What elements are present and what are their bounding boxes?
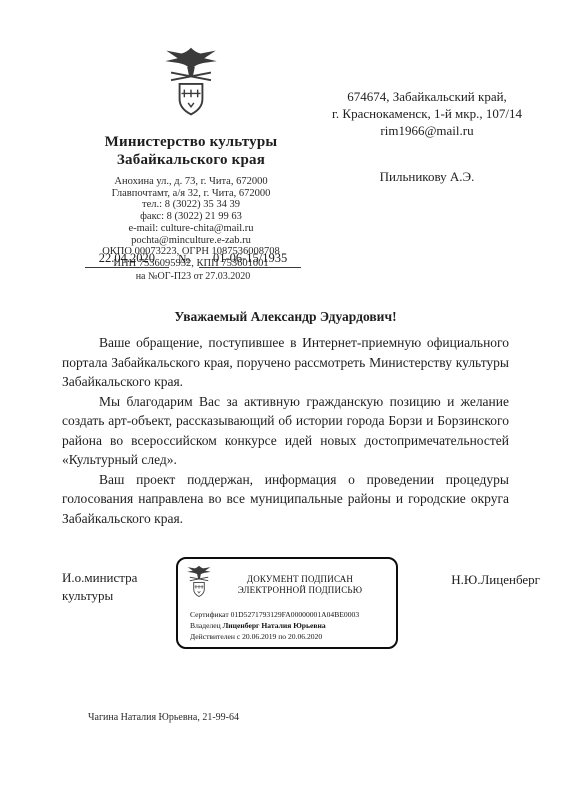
- org-email-line: e-mail: culture-chita@mail.ru: [53, 223, 329, 235]
- stamp-owner-value: Лиценберг Наталия Юрьевна: [223, 621, 326, 630]
- org-address-line: Главпочтамт, а/я 32, г. Чита, 672000: [53, 188, 329, 200]
- body-paragraph: Ваше обращение, поступившее в Интернет-п…: [62, 333, 509, 392]
- number-sign: №: [169, 252, 199, 268]
- recipient-address-line: 674674, Забайкальский край,: [308, 88, 546, 105]
- recipient-block: 674674, Забайкальский край, г. Краснокам…: [308, 88, 546, 185]
- in-reply-to: на №ОГ-П23 от 27.03.2020: [53, 271, 333, 282]
- stamp-title-line2: ЭЛЕКТРОННОЙ ПОДПИСЬЮ: [212, 585, 388, 596]
- letterhead: Министерство культуры Забайкальского кра…: [53, 44, 329, 270]
- stamp-certificate-value: 01D5271793129FA00000001A04BE0003: [231, 610, 360, 619]
- reference-block: 22.04.2020 № 01-06-15/1935 на №ОГ-П23 от…: [53, 251, 333, 282]
- coat-of-arms-icon: [163, 44, 219, 127]
- scanned-letter-page: Министерство культуры Забайкальского кра…: [0, 0, 563, 797]
- org-name-line2: Забайкальского края: [53, 151, 329, 169]
- salutation: Уважаемый Александр Эдуардович!: [62, 309, 509, 325]
- letter-date: 22.04.2020: [85, 251, 169, 268]
- recipient-name: Пильникову А.Э.: [308, 168, 546, 185]
- recipient-address-line: г. Краснокаменск, 1-й мкр., 107/14: [308, 105, 546, 122]
- stamp-certificate-line: Сертификат 01D5271793129FA00000001A04BE0…: [190, 609, 386, 620]
- executor-contact: Чагина Наталия Юрьевна, 21-99-64: [88, 712, 239, 723]
- electronic-signature-stamp: ДОКУМЕНТ ПОДПИСАН ЭЛЕКТРОННОЙ ПОДПИСЬЮ С…: [176, 557, 398, 649]
- body-paragraph: Ваш проект поддержан, информация о прове…: [62, 470, 509, 529]
- recipient-email: rim1966@mail.ru: [308, 122, 546, 139]
- stamp-certificate-label: Сертификат: [190, 610, 229, 619]
- signer-position: И.о.министра культуры: [62, 569, 182, 605]
- letter-number: 01-06-15/1935: [199, 251, 301, 268]
- stamp-header: ДОКУМЕНТ ПОДПИСАН ЭЛЕКТРОННОЙ ПОДПИСЬЮ: [178, 559, 396, 606]
- stamp-validity-line: Действителен с 20.06.2019 по 20.06.2020: [190, 631, 386, 642]
- org-address-line: Анохина ул., д. 73, г. Чита, 672000: [53, 176, 329, 188]
- reference-line: 22.04.2020 № 01-06-15/1935: [53, 251, 333, 268]
- stamp-owner-line: Владелец Лиценберг Наталия Юрьевна: [190, 620, 386, 631]
- stamp-title: ДОКУМЕНТ ПОДПИСАН ЭЛЕКТРОННОЙ ПОДПИСЬЮ: [212, 574, 388, 596]
- org-name-line1: Министерство культуры: [53, 133, 329, 151]
- signer-position-line2: культуры: [62, 587, 182, 605]
- body-paragraph: Мы благодарим Вас за активную гражданску…: [62, 392, 509, 470]
- org-name: Министерство культуры Забайкальского кра…: [53, 133, 329, 169]
- stamp-owner-label: Владелец: [190, 621, 221, 630]
- stamp-title-line1: ДОКУМЕНТ ПОДПИСАН: [212, 574, 388, 585]
- coat-of-arms-icon: [186, 564, 212, 605]
- signer-name: Н.Ю.Лиценберг: [415, 572, 540, 588]
- org-fax-line: факс: 8 (3022) 21 99 63: [53, 211, 329, 223]
- signer-position-line1: И.о.министра: [62, 569, 182, 587]
- stamp-details: Сертификат 01D5271793129FA00000001A04BE0…: [178, 606, 396, 642]
- org-email-line2: pochta@minculture.e-zab.ru: [53, 235, 329, 247]
- letter-body: Ваше обращение, поступившее в Интернет-п…: [62, 333, 509, 528]
- org-phone-line: тел.: 8 (3022) 35 34 39: [53, 199, 329, 211]
